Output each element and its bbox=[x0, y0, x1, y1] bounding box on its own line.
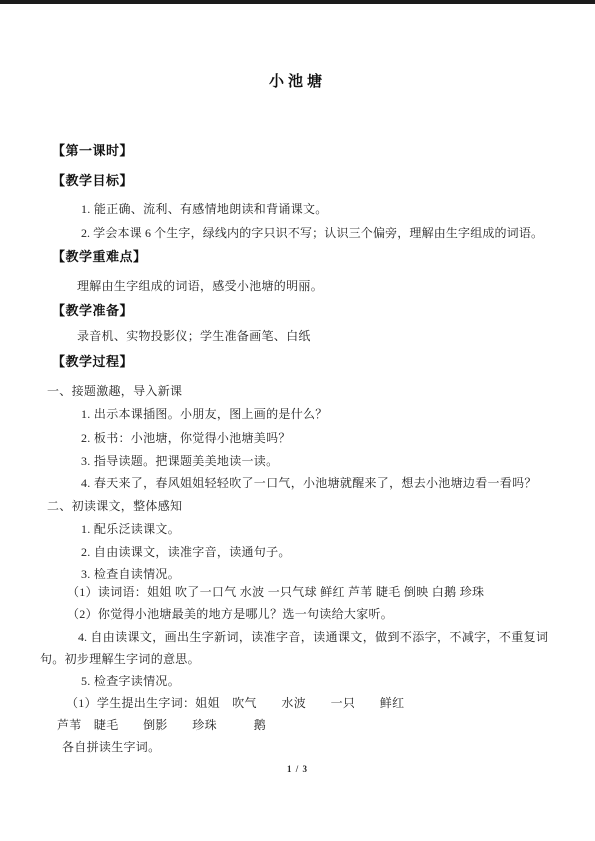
part1-step-4: 4. 春天来了，春风姐姐轻轻吹了一口气，小池塘就醒来了，想去小池塘边看一看吗？ bbox=[81, 477, 537, 490]
objectives-heading: 【教学目标】 bbox=[52, 174, 133, 188]
objectives-item-1: 1. 能正确、流利、有感情地朗读和背诵课文。 bbox=[81, 203, 328, 216]
part2-step-5: 5. 检查字读情况。 bbox=[81, 675, 180, 688]
part2-step-2: 2. 自由读课文，读准字音，读通句子。 bbox=[81, 546, 291, 559]
part2-step-5-sub-3: 各自拼读生字词。 bbox=[62, 741, 160, 754]
part2-step-5-sub-2: 芦苇 睫毛 倒影 珍珠 鹅 bbox=[57, 719, 266, 732]
session-heading: 【第一课时】 bbox=[52, 144, 133, 158]
preparation-heading: 【教学准备】 bbox=[52, 304, 133, 318]
document-page: 小池塘 【第一课时】 【教学目标】 1. 能正确、流利、有感情地朗读和背诵课文。… bbox=[0, 0, 595, 841]
page-title: 小池塘 bbox=[0, 74, 595, 91]
preparation-body: 录音机、实物投影仪；学生准备画笔、白纸 bbox=[77, 330, 311, 343]
part2-step-1: 1. 配乐泛读课文。 bbox=[81, 523, 180, 536]
process-heading: 【教学过程】 bbox=[52, 355, 133, 369]
part1-step-1: 1. 出示本课插图。小朋友，图上画的是什么？ bbox=[81, 408, 328, 421]
process-part2-heading: 二、初读课文，整体感知 bbox=[47, 500, 182, 513]
key-points-heading: 【教学重难点】 bbox=[52, 250, 147, 264]
part1-step-2: 2. 板书：小池塘，你觉得小池塘美吗？ bbox=[81, 432, 291, 445]
part2-step-5-sub-1: （1）学生提出生字词：姐姐 吹气 水波 一只 鲜红 bbox=[66, 697, 404, 710]
part2-step-3-sub-2: （2）你觉得小池塘最美的地方是哪儿？选一句读给大家听。 bbox=[67, 608, 393, 621]
part2-step-3: 3. 检查自读情况。 bbox=[81, 568, 180, 581]
top-border bbox=[0, 0, 595, 4]
part2-step-4-line-1: 4. 自由读课文，画出生字新词，读准字音，读通课文，做到不添字，不减字，不重复词 bbox=[78, 631, 548, 644]
part1-step-3: 3. 指导读题。把课题美美地读一读。 bbox=[81, 455, 278, 468]
page-number: 1 / 3 bbox=[0, 765, 595, 775]
part2-step-3-sub-1: （1）读词语：姐姐 吹了一口气 水波 一只气球 鲜红 芦苇 睫毛 倒映 白鹅 珍… bbox=[67, 586, 484, 599]
objectives-item-2: 2. 学会本课 6 个生字，绿线内的字只识不写；认识三个偏旁，理解由生字组成的词… bbox=[81, 227, 543, 240]
process-part1-heading: 一、接题激趣，导入新课 bbox=[47, 385, 182, 398]
key-points-body: 理解由生字组成的词语，感受小池塘的明丽。 bbox=[77, 280, 323, 293]
part2-step-4-line-2: 句。初步理解生字词的意思。 bbox=[40, 653, 200, 666]
